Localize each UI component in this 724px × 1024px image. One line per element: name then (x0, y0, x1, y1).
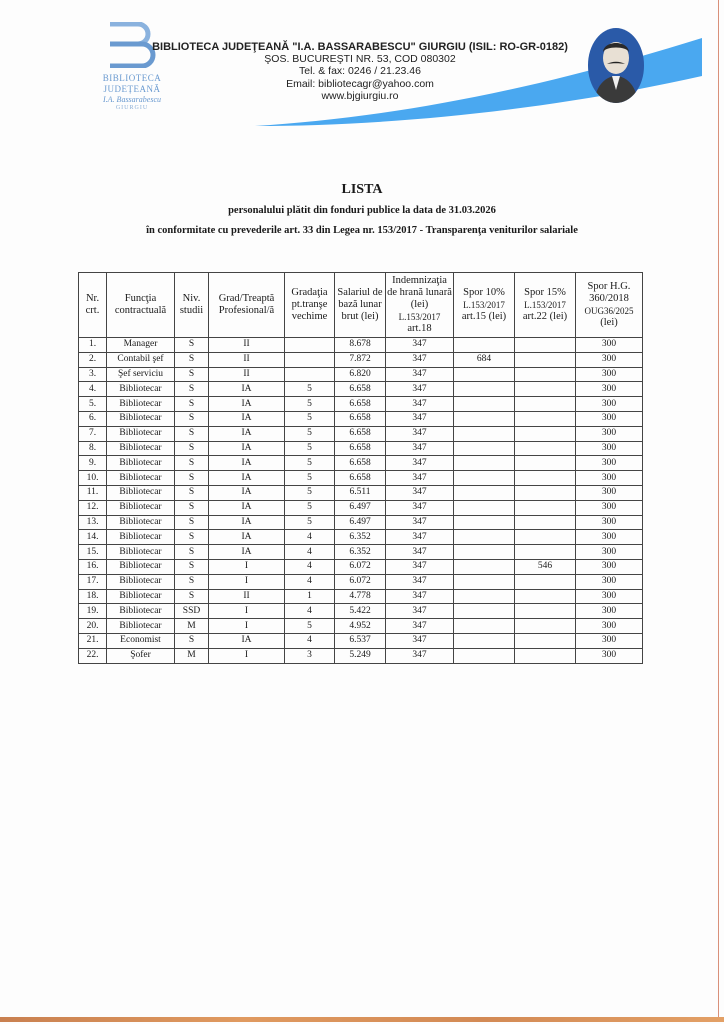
column-header-main: Niv. studii (175, 293, 208, 317)
table-cell: 6.537 (335, 633, 386, 648)
table-header-row: Nr. crt.Funcţia contractualăNiv. studiiG… (79, 273, 643, 338)
table-cell: 5 (285, 515, 335, 530)
column-header-law: L.153/2017 (386, 311, 453, 323)
table-cell: Bibliotecar (107, 382, 175, 397)
table-cell: 347 (386, 500, 454, 515)
table-cell: 6. (79, 411, 107, 426)
table-row: 5.BibliotecarSIA56.658347300 (79, 397, 643, 412)
table-cell: 347 (386, 397, 454, 412)
table-cell: 347 (386, 545, 454, 560)
table-cell (454, 589, 515, 604)
table-cell (454, 515, 515, 530)
table-row: 21.EconomistSIA46.537347300 (79, 633, 643, 648)
column-header: Indemnizaţia de hrană lunară (lei)L.153/… (386, 273, 454, 338)
table-cell (454, 500, 515, 515)
table-cell: S (175, 545, 209, 560)
column-header: Gradaţia pt.tranşe vechime (285, 273, 335, 338)
table-cell: S (175, 456, 209, 471)
table-cell (285, 338, 335, 353)
table-row: 19.BibliotecarSSDI45.422347300 (79, 604, 643, 619)
table-cell: 4 (285, 574, 335, 589)
table-cell: Bibliotecar (107, 411, 175, 426)
table-cell (515, 471, 576, 486)
column-header-main: Indemnizaţia de hrană lunară (lei) (386, 275, 453, 311)
table-cell (454, 633, 515, 648)
table-row: 8.BibliotecarSIA56.658347300 (79, 441, 643, 456)
table-cell: 347 (386, 426, 454, 441)
table-cell: IA (209, 397, 285, 412)
column-header: Funcţia contractuală (107, 273, 175, 338)
table-cell (515, 604, 576, 619)
table-row: 7.BibliotecarSIA56.658347300 (79, 426, 643, 441)
table-cell: 4 (285, 530, 335, 545)
table-cell: 12. (79, 500, 107, 515)
table-cell (515, 530, 576, 545)
table-cell: S (175, 382, 209, 397)
table-cell: I (209, 648, 285, 663)
document-subtitle-2: în conformitate cu prevederile art. 33 d… (0, 225, 724, 236)
table-cell: 300 (576, 338, 643, 353)
table-cell: 14. (79, 530, 107, 545)
table-cell: 300 (576, 515, 643, 530)
address: ŞOS. BUCUREŞTI NR. 53, COD 080302 (140, 53, 580, 65)
table-cell (454, 574, 515, 589)
table-cell: 9. (79, 456, 107, 471)
table-cell: IA (209, 545, 285, 560)
table-cell: 4.778 (335, 589, 386, 604)
table-cell: 6.658 (335, 441, 386, 456)
column-header-tail: art.18 (386, 323, 453, 335)
column-header: Niv. studii (175, 273, 209, 338)
table-cell: 2. (79, 352, 107, 367)
table-cell: 300 (576, 619, 643, 634)
table-cell: 300 (576, 397, 643, 412)
table-cell: Bibliotecar (107, 619, 175, 634)
table-cell: S (175, 411, 209, 426)
table-cell (515, 397, 576, 412)
table-cell: Bibliotecar (107, 397, 175, 412)
table-cell: M (175, 619, 209, 634)
table-cell: 300 (576, 471, 643, 486)
table-cell: Bibliotecar (107, 574, 175, 589)
table-cell: II (209, 589, 285, 604)
column-header: Spor H.G. 360/2018OUG36/2025(lei) (576, 273, 643, 338)
table-cell (285, 352, 335, 367)
table-cell: IA (209, 515, 285, 530)
table-cell: 300 (576, 485, 643, 500)
column-header-main: Funcţia contractuală (107, 293, 174, 317)
table-cell: S (175, 352, 209, 367)
letterhead: BIBLIOTECA JUDEŢEANĂ "I.A. BASSARABESCU"… (140, 41, 580, 102)
table-cell: 4 (285, 559, 335, 574)
table-cell: 6.658 (335, 382, 386, 397)
table-cell: S (175, 397, 209, 412)
table-cell (454, 471, 515, 486)
table-cell: 4 (285, 545, 335, 560)
table-cell: Bibliotecar (107, 604, 175, 619)
table-row: 6.BibliotecarSIA56.658347300 (79, 411, 643, 426)
table-cell: Manager (107, 338, 175, 353)
table-cell: 300 (576, 545, 643, 560)
table-cell: IA (209, 426, 285, 441)
table-cell (454, 397, 515, 412)
table-cell: 8.678 (335, 338, 386, 353)
table-row: 20.BibliotecarMI54.952347300 (79, 619, 643, 634)
table-cell: Bibliotecar (107, 485, 175, 500)
table-row: 14.BibliotecarSIA46.352347300 (79, 530, 643, 545)
table-cell: 8. (79, 441, 107, 456)
table-cell: 20. (79, 619, 107, 634)
table-cell (515, 574, 576, 589)
column-header-law: L.153/2017 (515, 299, 575, 311)
table-cell: 546 (515, 559, 576, 574)
table-row: 11.BibliotecarSIA56.511347300 (79, 485, 643, 500)
table-row: 10.BibliotecarSIA56.658347300 (79, 471, 643, 486)
table-cell: 347 (386, 633, 454, 648)
table-cell: I (209, 559, 285, 574)
table-cell: IA (209, 500, 285, 515)
table-cell: 5 (285, 426, 335, 441)
table-cell: 19. (79, 604, 107, 619)
column-header-tail: (lei) (576, 317, 642, 329)
column-header-main: Spor 15% (515, 287, 575, 299)
website: www.bjgiurgiu.ro (140, 90, 580, 102)
table-cell: 5.249 (335, 648, 386, 663)
table-cell: 300 (576, 559, 643, 574)
table-cell: 10. (79, 471, 107, 486)
table-cell: 4 (285, 604, 335, 619)
table-cell: Bibliotecar (107, 441, 175, 456)
column-header-main: Nr. crt. (79, 293, 106, 317)
table-cell (454, 411, 515, 426)
table-cell: 347 (386, 619, 454, 634)
table-cell: S (175, 441, 209, 456)
table-cell: 300 (576, 574, 643, 589)
table-cell: 18. (79, 589, 107, 604)
table-cell: IA (209, 485, 285, 500)
table-cell: 684 (454, 352, 515, 367)
table-cell: 300 (576, 411, 643, 426)
table-cell: 5. (79, 397, 107, 412)
column-header: Spor 15%L.153/2017art.22 (lei) (515, 273, 576, 338)
table-cell: 347 (386, 530, 454, 545)
table-cell: 4. (79, 382, 107, 397)
table-cell: 347 (386, 589, 454, 604)
table-cell: 21. (79, 633, 107, 648)
table-row: 2.Contabil şefSII7.872347684300 (79, 352, 643, 367)
column-header-law: L.153/2017 (454, 299, 514, 311)
table-cell: 6.497 (335, 500, 386, 515)
table-cell (515, 352, 576, 367)
column-header: Spor 10%L.153/2017art.15 (lei) (454, 273, 515, 338)
table-cell: 5 (285, 619, 335, 634)
table-cell: S (175, 574, 209, 589)
column-header-tail: art.22 (lei) (515, 311, 575, 323)
table-cell: 5 (285, 471, 335, 486)
table-cell: 5 (285, 485, 335, 500)
table-cell: 6.820 (335, 367, 386, 382)
portrait-icon (588, 28, 644, 103)
column-header-main: Salariul de bază lunar brut (lei) (335, 287, 385, 323)
table-cell (515, 485, 576, 500)
table-row: 22.ŞoferMI35.249347300 (79, 648, 643, 663)
table-cell: II (209, 367, 285, 382)
table-cell: S (175, 471, 209, 486)
table-cell: Bibliotecar (107, 426, 175, 441)
table-cell (454, 545, 515, 560)
table-cell: S (175, 559, 209, 574)
table-cell (515, 648, 576, 663)
table-cell: 13. (79, 515, 107, 530)
table-cell (454, 426, 515, 441)
table-cell: S (175, 426, 209, 441)
table-cell: IA (209, 471, 285, 486)
table-row: 4.BibliotecarSIA56.658347300 (79, 382, 643, 397)
table-cell (454, 619, 515, 634)
table-cell: 300 (576, 589, 643, 604)
table-cell: 15. (79, 545, 107, 560)
table-cell: 6.658 (335, 397, 386, 412)
table-cell: 6.072 (335, 559, 386, 574)
table-cell: 6.511 (335, 485, 386, 500)
table-cell: IA (209, 633, 285, 648)
column-header: Nr. crt. (79, 273, 107, 338)
table-cell (515, 619, 576, 634)
table-cell: 6.497 (335, 515, 386, 530)
table-cell: 347 (386, 648, 454, 663)
table-cell (454, 456, 515, 471)
table-row: 3.Şef serviciuSII6.820347300 (79, 367, 643, 382)
table-cell (515, 367, 576, 382)
table-cell: S (175, 589, 209, 604)
table-cell: II (209, 352, 285, 367)
table-cell: Bibliotecar (107, 559, 175, 574)
table-cell: 4.952 (335, 619, 386, 634)
table-cell (454, 367, 515, 382)
table-cell (454, 441, 515, 456)
table-cell: 5 (285, 382, 335, 397)
table-cell: 347 (386, 604, 454, 619)
table-cell: Şofer (107, 648, 175, 663)
table-cell: IA (209, 411, 285, 426)
table-cell: 347 (386, 471, 454, 486)
table-cell: 5 (285, 456, 335, 471)
table-cell: IA (209, 441, 285, 456)
table-cell: 6.658 (335, 471, 386, 486)
table-cell: 300 (576, 441, 643, 456)
table-cell (515, 545, 576, 560)
table-cell: 6.658 (335, 426, 386, 441)
table-cell: I (209, 619, 285, 634)
table-cell: 300 (576, 367, 643, 382)
column-header-main: Gradaţia pt.tranşe vechime (285, 287, 334, 323)
table-cell: Bibliotecar (107, 545, 175, 560)
table-cell: 6.072 (335, 574, 386, 589)
table-cell (454, 530, 515, 545)
table-row: 16.BibliotecarSI46.072347546300 (79, 559, 643, 574)
table-row: 1.ManagerSII8.678347300 (79, 338, 643, 353)
table-cell: M (175, 648, 209, 663)
table-cell: 17. (79, 574, 107, 589)
founder-portrait (588, 28, 644, 103)
table-cell: 5 (285, 500, 335, 515)
phone: Tel. & fax: 0246 / 21.23.46 (140, 65, 580, 77)
table-cell: 347 (386, 382, 454, 397)
table-row: 12.BibliotecarSIA56.497347300 (79, 500, 643, 515)
table-cell: I (209, 574, 285, 589)
table-cell: Bibliotecar (107, 515, 175, 530)
table-cell: Economist (107, 633, 175, 648)
table-cell: S (175, 515, 209, 530)
column-header-main: Grad/Treaptă Profesional/ă (209, 293, 284, 317)
table-cell: 300 (576, 456, 643, 471)
table-cell: 5 (285, 411, 335, 426)
page-edge-bottom (0, 1017, 724, 1022)
table-cell: 6.658 (335, 456, 386, 471)
table-cell: 11. (79, 485, 107, 500)
table-cell: 7. (79, 426, 107, 441)
table-cell: S (175, 367, 209, 382)
column-header-main: Spor 10% (454, 287, 514, 299)
table-cell (454, 559, 515, 574)
table-cell: 6.352 (335, 530, 386, 545)
table-cell: Şef serviciu (107, 367, 175, 382)
table-cell: 300 (576, 500, 643, 515)
table-cell: S (175, 500, 209, 515)
table-cell (515, 411, 576, 426)
table-cell: 1. (79, 338, 107, 353)
table-cell: S (175, 633, 209, 648)
table-cell: II (209, 338, 285, 353)
table-cell (454, 338, 515, 353)
table-cell: Bibliotecar (107, 471, 175, 486)
table-cell: 347 (386, 515, 454, 530)
table-cell: 347 (386, 441, 454, 456)
salary-table: Nr. crt.Funcţia contractualăNiv. studiiG… (78, 272, 643, 664)
table-cell (515, 338, 576, 353)
table-cell: 347 (386, 352, 454, 367)
table-cell: Bibliotecar (107, 500, 175, 515)
table-cell: IA (209, 530, 285, 545)
table-cell: 6.352 (335, 545, 386, 560)
table-cell: 347 (386, 338, 454, 353)
table-cell: 22. (79, 648, 107, 663)
table-cell: 16. (79, 559, 107, 574)
table-cell: 300 (576, 426, 643, 441)
table-cell: 300 (576, 382, 643, 397)
table-cell (454, 604, 515, 619)
table-cell (515, 382, 576, 397)
table-cell (515, 441, 576, 456)
table-cell: Bibliotecar (107, 589, 175, 604)
table-row: 13.BibliotecarSIA56.497347300 (79, 515, 643, 530)
table-row: 9.BibliotecarSIA56.658347300 (79, 456, 643, 471)
table-cell: 347 (386, 559, 454, 574)
table-cell (454, 485, 515, 500)
table-cell: IA (209, 456, 285, 471)
table-cell (515, 426, 576, 441)
table-cell: 300 (576, 604, 643, 619)
column-header-tail: art.15 (lei) (454, 311, 514, 323)
table-cell (285, 367, 335, 382)
table-cell (515, 515, 576, 530)
table-row: 17.BibliotecarSI46.072347300 (79, 574, 643, 589)
table-cell: Bibliotecar (107, 530, 175, 545)
email: Email: bibliotecagr@yahoo.com (140, 78, 580, 90)
table-cell (515, 633, 576, 648)
logo-city: GIURGIU (82, 105, 182, 111)
table-cell: 5.422 (335, 604, 386, 619)
table-cell: 347 (386, 456, 454, 471)
column-header-main: Spor H.G. 360/2018 (576, 281, 642, 305)
document-subtitle: personalului plătit din fonduri publice … (0, 205, 724, 216)
table-cell (454, 382, 515, 397)
table-cell: S (175, 338, 209, 353)
table-cell: 5 (285, 441, 335, 456)
column-header: Grad/Treaptă Profesional/ă (209, 273, 285, 338)
table-cell: 7.872 (335, 352, 386, 367)
table-cell (515, 589, 576, 604)
table-cell: S (175, 485, 209, 500)
table-cell: 300 (576, 530, 643, 545)
table-cell: 1 (285, 589, 335, 604)
column-header: Salariul de bază lunar brut (lei) (335, 273, 386, 338)
table-cell: I (209, 604, 285, 619)
table-cell: SSD (175, 604, 209, 619)
table-cell: 347 (386, 485, 454, 500)
table-cell: 347 (386, 574, 454, 589)
table-cell (515, 500, 576, 515)
table-cell: 347 (386, 411, 454, 426)
table-cell (515, 456, 576, 471)
table-cell: 4 (285, 633, 335, 648)
table-cell: 5 (285, 397, 335, 412)
page-edge-right (718, 0, 719, 1018)
table-cell: S (175, 530, 209, 545)
institution-name: BIBLIOTECA JUDEŢEANĂ "I.A. BASSARABESCU"… (140, 41, 580, 53)
table-row: 18.BibliotecarSII14.778347300 (79, 589, 643, 604)
table-cell: Contabil şef (107, 352, 175, 367)
table-cell: 300 (576, 633, 643, 648)
table-cell: 6.658 (335, 411, 386, 426)
table-cell (454, 648, 515, 663)
column-header-law: OUG36/2025 (576, 305, 642, 317)
document-title: LISTA (0, 182, 724, 198)
table-row: 15.BibliotecarSIA46.352347300 (79, 545, 643, 560)
table-cell: 347 (386, 367, 454, 382)
table-cell: IA (209, 382, 285, 397)
table-cell: 3 (285, 648, 335, 663)
table-cell: 3. (79, 367, 107, 382)
table-cell: 300 (576, 648, 643, 663)
table-cell: 300 (576, 352, 643, 367)
table-cell: Bibliotecar (107, 456, 175, 471)
